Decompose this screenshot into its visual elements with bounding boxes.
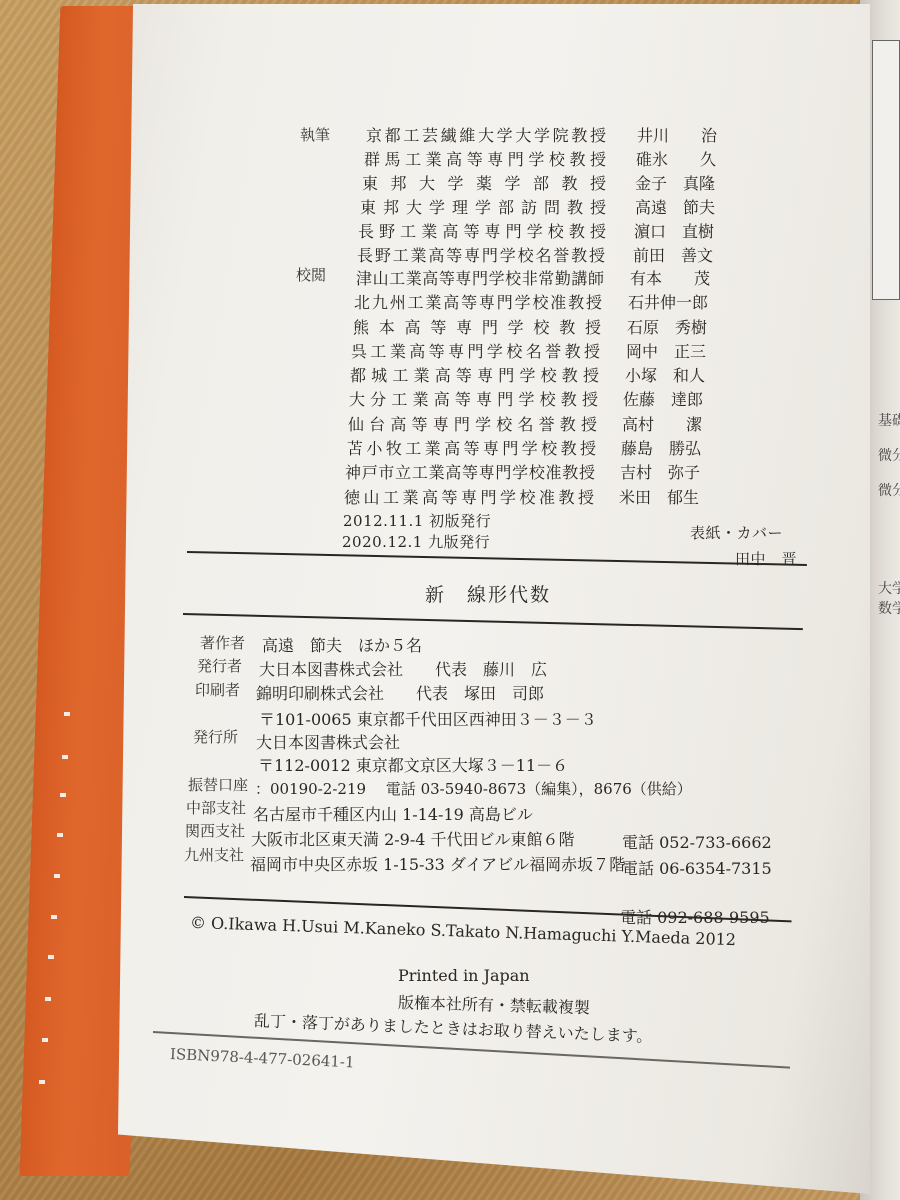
branch-phone: 電話 052-733-6662 [622,830,772,853]
writer-name: 高遠 節夫 [635,195,715,218]
writer-affiliation: 長野工業高等専門学校教授 [358,219,606,242]
author-label: 著作者 [200,632,245,653]
writer-affiliation: 東邦大学薬学部教授 [362,171,606,194]
branch-address: 名古屋市千種区内山 1-14-19 高島ビル [253,802,533,825]
writer-name: 井川 治 [637,123,717,146]
reviewer-name: 小塚 和人 [625,363,705,386]
reviewer-name: 吉村 弥子 [620,460,700,483]
colophon-content: 執筆 京都工芸繊維大学大学院教授 井川 治 群馬工業高等専門学校教授 碓氷 久 … [0,0,900,1200]
writer-name: 碓氷 久 [636,147,716,170]
writer-affiliation: 京都工芸繊維大学大学院教授 [366,123,606,146]
author-value: 高遠 節夫 ほか５名 [262,633,422,656]
reviewer-name: 有本 茂 [630,266,710,289]
office-address: 〒112-0012 東京都文京区大塚３－11－６ [258,753,568,776]
writer-affiliation: 長野工業高等専門学校名誉教授 [357,243,605,266]
writer-name: 前田 善文 [633,243,713,266]
branch-phone: 電話 06-6354-7315 [622,856,772,879]
reviewers-label: 校閲 [296,264,326,285]
ninth-edition: 2020.12.1 九版発行 [342,531,490,552]
reviewer-affiliation: 呉工業高等専門学校名誉教授 [351,339,600,362]
printed-in-japan: Printed in Japan [398,966,530,985]
reviewer-name: 石原 秀樹 [627,315,707,338]
reviewer-affiliation: 苫小牧工業高等専門学校教授 [347,436,596,459]
reviewer-name: 佐藤 達郎 [623,387,703,410]
writer-affiliation: 東邦大学理学部訪問教授 [360,195,606,218]
reviewer-name: 岡中 正三 [626,339,706,362]
reviewer-affiliation: 都城工業高等専門学校教授 [350,363,599,386]
cover-credit-name: 田中 晋 [735,548,797,569]
reviewer-affiliation: 徳山工業高等専門学校准教授 [344,485,594,508]
reviewer-affiliation: 神戸市立工業高等専門学校准教授 [345,460,595,483]
branch-address: 大阪市北区東天満 2-9-4 千代田ビル東館６階 [251,827,575,850]
reviewer-affiliation: 津山工業高等専門学校非常勤講師 [356,266,604,289]
reviewer-name: 藤島 勝弘 [621,436,701,459]
branch-label: 関西支社 [185,820,245,841]
reviewer-affiliation: 北九州工業高等専門学校准教授 [354,290,602,313]
printer-value: 錦明印刷株式会社 代表 塚田 司郎 [256,681,544,704]
publisher-label: 発行者 [197,655,242,676]
office-value: 大日本図書株式会社 [256,730,400,753]
book-title: 新 線形代数 [425,580,551,607]
divider-line [183,613,803,630]
divider-line [187,551,807,566]
reviewer-affiliation: 仙台高等専門学校名誉教授 [348,412,597,435]
isbn: ISBN978-4-477-02641-1 [170,1045,355,1071]
cover-credit-label: 表紙・カバー [690,522,783,543]
office-label: 発行所 [193,726,238,747]
reviewer-affiliation: 熊本高等専門学校教授 [353,315,601,338]
reviewer-name: 米田 郁生 [619,485,699,508]
first-edition: 2012.11.1 初版発行 [343,510,491,531]
branch-label: 九州支社 [184,844,244,865]
writer-affiliation: 群馬工業高等専門学校教授 [364,147,606,170]
publisher-value: 大日本図書株式会社 代表 藤川 広 [259,657,547,680]
transfer-label: 振替口座 [188,774,248,795]
writer-name: 濵口 直樹 [634,219,714,242]
printer-address: 〒101-0065 東京都千代田区西神田３－３－３ [259,707,597,730]
reviewer-name: 高村 潔 [622,412,702,435]
transfer-value: ：00190-2-219 電話 03-5940-8673（編集），8676（供給… [255,778,692,799]
branch-label: 中部支社 [186,797,246,818]
printer-label: 印刷者 [195,679,240,700]
branch-address: 福岡市中央区赤坂 1-15-33 ダイアビル福岡赤坂７階 [250,852,625,875]
writers-label: 執筆 [300,124,330,145]
writer-name: 金子 真隆 [635,171,715,194]
reviewer-affiliation: 大分工業高等専門学校教授 [349,387,598,410]
reviewer-name: 石井伸一郎 [628,290,708,313]
